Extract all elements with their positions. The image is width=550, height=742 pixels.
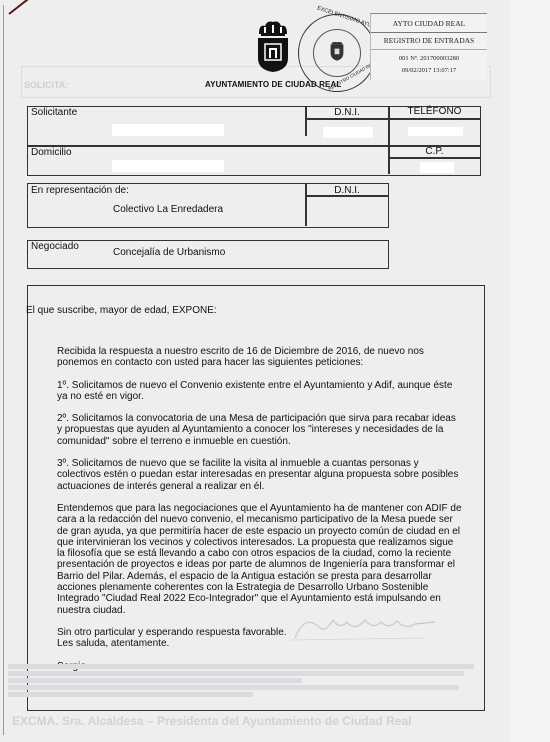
registry-stamp: AYTO CIUDAD REAL REGISTRO DE ENTRADAS 00…	[370, 13, 487, 80]
page-edge-shadow	[510, 0, 550, 742]
negociado-value: Concejalía de Urbanismo	[113, 247, 225, 258]
data-protection-notice	[8, 664, 498, 697]
registry-datetime: 09/02/2017 13:07:17	[371, 67, 487, 74]
official-seal: EXCELENTISIMO AYUNTAMIENTO REGISTRO CIUD…	[298, 14, 376, 92]
paragraph: 3º. Solicitamos de nuevo que se facilite…	[57, 458, 462, 492]
cp-value-redacted[interactable]	[420, 162, 454, 173]
dni-value-redacted[interactable]	[323, 127, 373, 138]
scan-edge-line	[3, 5, 4, 735]
domicilio-value-redacted[interactable]	[112, 160, 224, 172]
paragraph: Recibida la respuesta a nuestro escrito …	[57, 346, 462, 369]
registry-subtitle: REGISTRO DE ENTRADAS	[371, 36, 487, 45]
representacion-label: En representación de:	[31, 185, 129, 196]
solicitante-label: Solicitante	[31, 107, 77, 118]
registry-divider	[371, 32, 487, 33]
pen-mark	[8, 0, 31, 15]
expone-intro: El que suscribe, mayor de edad, EXPONE:	[26, 305, 217, 316]
registry-number: 001 Nº. 201700003280	[371, 55, 487, 62]
cp-label: C.P.	[389, 146, 480, 157]
dni-label: D.N.I.	[306, 107, 388, 118]
seal-shield-icon	[329, 40, 345, 62]
negociado-box: Negociado Concejalía de Urbanismo	[27, 240, 389, 269]
telefono-value-redacted[interactable]	[408, 127, 463, 136]
paragraph: 1º. Solicitamos de nuevo el Convenio exi…	[57, 380, 462, 403]
seal-inner-ring	[313, 29, 361, 77]
addressee-line: EXCMA. Sra. Alcaldesa – Presidenta del A…	[12, 714, 411, 728]
telefono-label: TELÉFONO	[389, 106, 480, 117]
solicitante-value-redacted[interactable]	[112, 124, 224, 136]
city-coat-of-arms-icon	[255, 20, 291, 72]
representacion-dni-label: D.N.I.	[306, 185, 388, 196]
ghost-solicita: SOLICITA:	[24, 80, 68, 90]
registry-title: AYTO CIUDAD REAL	[371, 19, 487, 28]
exposition-box: El que suscribe, mayor de edad, EXPONE: …	[27, 285, 485, 711]
header-underline	[305, 118, 480, 120]
representacion-value: Colectivo La Enredadera	[113, 204, 223, 215]
applicant-table: Solicitante D.N.I. TELÉFONO Domicilio C.…	[27, 106, 481, 176]
paragraph: 2º. Solicitamos la convocatoria de una M…	[57, 413, 462, 447]
registry-divider	[371, 49, 487, 50]
domicilio-label: Domicilio	[31, 147, 72, 158]
negociado-label: Negociado	[31, 241, 79, 252]
header-underline	[388, 157, 480, 159]
paragraph: Entendemos que para las negociaciones qu…	[57, 503, 462, 616]
representation-table: En representación de: D.N.I. Colectivo L…	[27, 183, 389, 228]
signature-mark	[285, 608, 445, 643]
